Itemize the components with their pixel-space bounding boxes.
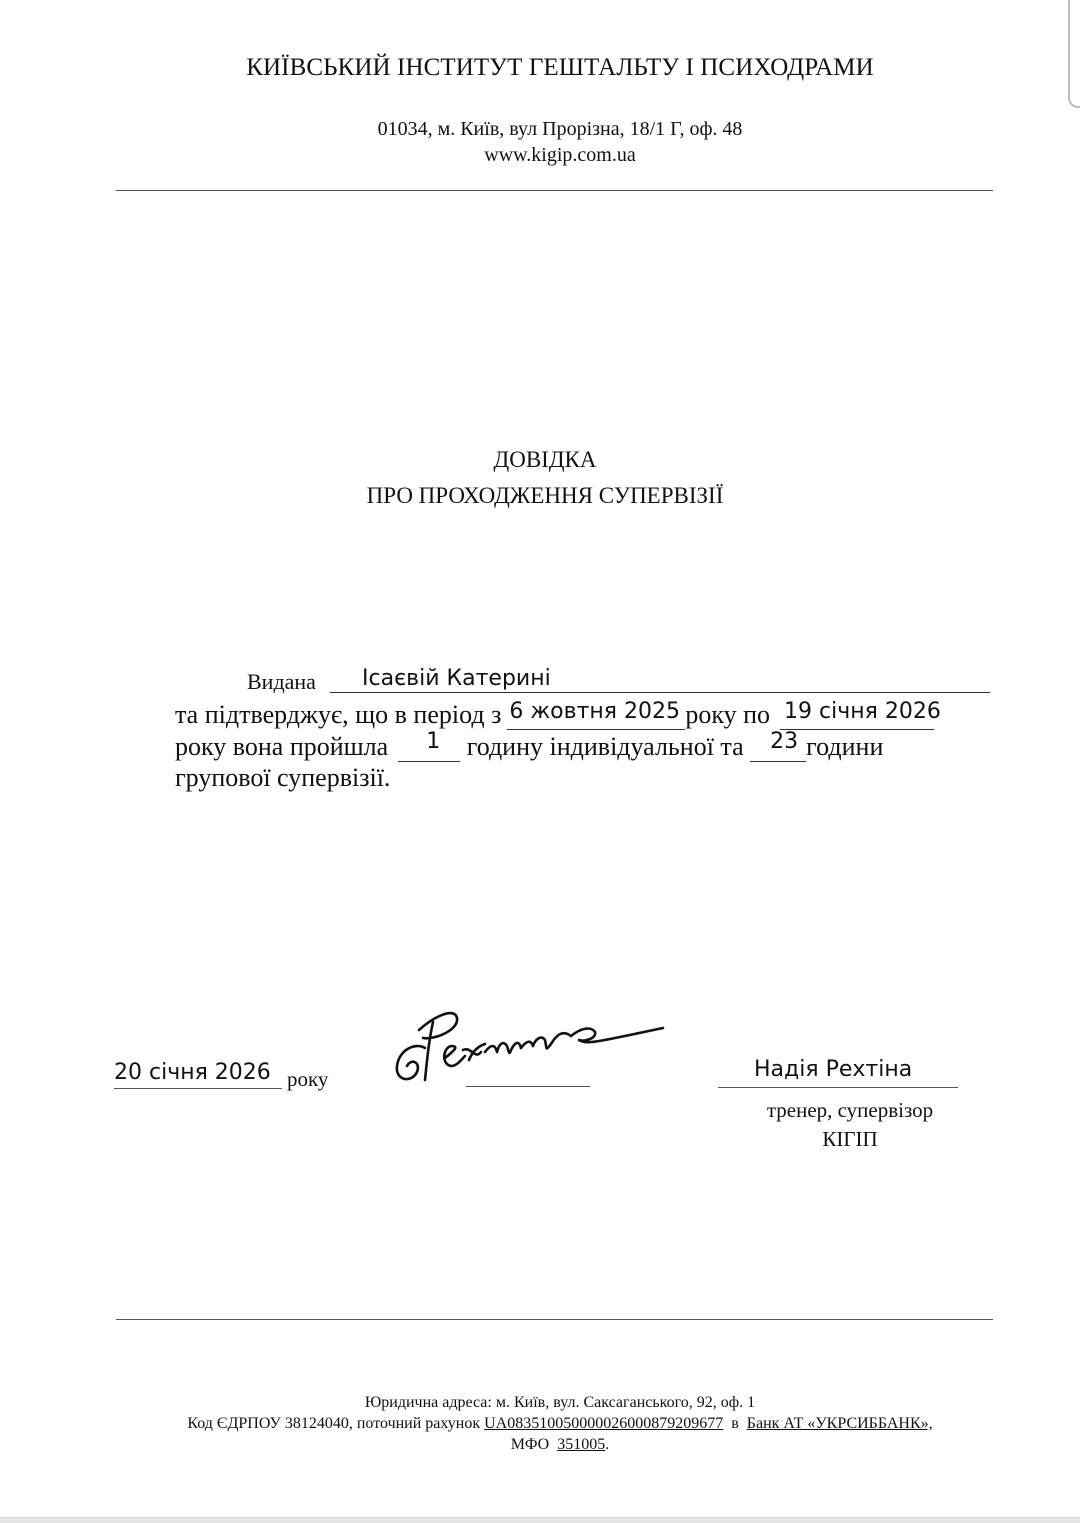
organization-address-block: 01034, м. Київ, вул Прорізна, 18/1 Г, оф… xyxy=(0,116,1080,168)
signer-name-field: Надія Рехтіна xyxy=(718,1057,958,1088)
document-title-line2: ПРО ПРОХОДЖЕННЯ СУПЕРВІЗІЇ xyxy=(0,478,1080,514)
individual-hours-field: 1 xyxy=(398,735,460,762)
date-to: 19 січня 2026 xyxy=(784,699,941,724)
confirm-text: та підтверджує, що в період з xyxy=(175,700,501,729)
mfo-dot: . xyxy=(605,1436,609,1453)
signature-line xyxy=(466,1086,590,1087)
individual-text: годину індивідуальної та xyxy=(467,732,744,761)
recipient-name: Ісаєвій Катерині xyxy=(362,666,551,691)
date-to-field: 19 січня 2026 xyxy=(780,703,934,730)
organization-website: www.kigip.com.ua xyxy=(0,142,1080,168)
body-line-4: групової супервізії. xyxy=(175,763,390,793)
body-line-2: та підтверджує, що в період з6 жовтня 20… xyxy=(175,700,934,730)
signature-date: 20 січня 2026 xyxy=(114,1060,271,1085)
body-line-3: року вона пройшла1 годину індивідуальної… xyxy=(175,732,883,762)
date-from-field: 6 жовтня 2025 xyxy=(507,703,685,730)
date-field: 20 січня 2026 xyxy=(114,1062,282,1089)
signer-details: тренер, супервізор КІГІП xyxy=(700,1096,1000,1154)
bank-name: Банк АТ «УКРСИББАНК», xyxy=(747,1415,933,1432)
signer-name: Надія Рехтіна xyxy=(754,1057,912,1082)
organization-address: 01034, м. Київ, вул Прорізна, 18/1 Г, оф… xyxy=(0,116,1080,142)
bottom-bar xyxy=(0,1517,1080,1523)
signer-role: тренер, супервізор xyxy=(700,1096,1000,1125)
mfo-number: 351005 xyxy=(557,1436,605,1453)
legal-address: Юридична адреса: м. Київ, вул. Саксаганс… xyxy=(0,1392,1080,1413)
recipient-field: Ісаєвій Катерині xyxy=(330,668,990,693)
document-title: ДОВІДКА ПРО ПРОХОДЖЕННЯ СУПЕРВІЗІЇ xyxy=(0,442,1080,514)
signer-org: КІГІП xyxy=(700,1125,1000,1154)
individual-hours: 1 xyxy=(426,729,440,754)
year-word: року xyxy=(287,1067,328,1092)
code-prefix: Код ЄДРПОУ 38124040, поточний рахунок xyxy=(187,1415,480,1432)
mfo-line: МФО 351005. xyxy=(0,1434,1080,1455)
account-number: UA083510050000026000879209677 xyxy=(484,1415,723,1432)
organization-name: КИЇВСЬКИЙ ІНСТИТУТ ГЕШТАЛЬТУ І ПСИХОДРАМ… xyxy=(0,54,1080,82)
footer-divider xyxy=(116,1319,993,1320)
date-from: 6 жовтня 2025 xyxy=(509,699,680,724)
passed-text: року вона пройшла xyxy=(175,732,388,761)
mfo-label: МФО xyxy=(511,1436,549,1453)
footer-info: Юридична адреса: м. Київ, вул. Саксаганс… xyxy=(0,1392,1080,1455)
header-divider xyxy=(116,190,993,191)
signature-image xyxy=(385,1000,675,1095)
issued-label: Видана xyxy=(247,669,316,695)
group-text: години xyxy=(806,732,883,761)
bank-details: Код ЄДРПОУ 38124040, поточний рахунок UA… xyxy=(0,1413,1080,1434)
group-hours-field: 23 xyxy=(750,735,806,762)
group-hours: 23 xyxy=(770,729,798,754)
document-title-line1: ДОВІДКА xyxy=(0,442,1080,478)
year-to-text: року по xyxy=(685,700,770,729)
in-word: в xyxy=(731,1415,739,1432)
